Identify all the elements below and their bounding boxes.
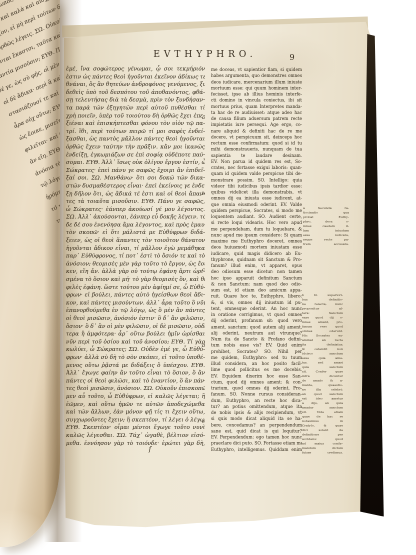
running-head-title: EVTHYPHRO. (120, 50, 290, 60)
margin-note-1: a Secunda ra-tiocinatio quaprobat Euthy-… (303, 206, 349, 247)
book-photo: τί δὲ οἱ ἄνθρωποι; οὐκ ἄλλοι ἄλλα δίκαια… (0, 0, 416, 555)
stephanus-section-letters: abcde (202, 80, 209, 460)
facing-page-text: τί δὲ οἱ ἄνθρωποι; οὐκ ἄλλοι ἄλλα δίκαια… (0, 0, 60, 453)
latin-text-column: me doceas, vt sapientior fiam, si quidem… (211, 67, 302, 453)
page-number: 9 (282, 53, 302, 62)
custos-mark: ſ (140, 446, 160, 453)
greek-text-column: ἐμέ, ἵνα σοφώτερος γένωμαι, ᾧ σοι τεκμήρ… (66, 65, 205, 447)
right-page: EVTHYPHRO. 9 ἐμέ, ἵνα σοφώτερος γένωμαι,… (56, 14, 376, 536)
facing-page-curl: τί δὲ οἱ ἄνθρωποι; οὐκ ἄλλοι ἄλλα δίκαια… (0, 0, 60, 547)
margin-note-2: b In superiori-bus definitio-ne reiecta,… (302, 293, 343, 455)
